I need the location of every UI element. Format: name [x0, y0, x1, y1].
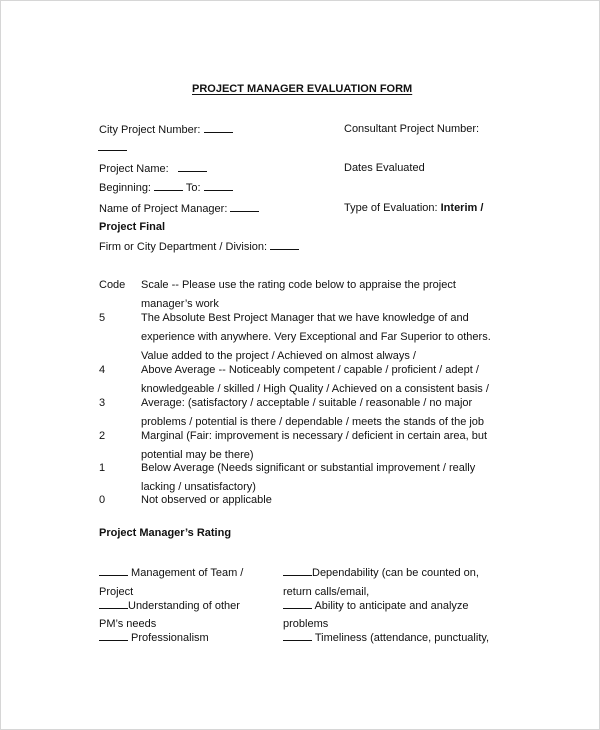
code-4: 4: [99, 364, 105, 377]
code-3-desc-1: Average: (satisfactory / acceptable / su…: [141, 397, 472, 410]
firm-department-blank[interactable]: [270, 240, 299, 250]
beginning-field: Beginning: To:: [99, 181, 233, 195]
rating-label-anticipate-cont: problems: [283, 618, 328, 631]
project-name-field: Project Name:: [99, 162, 207, 176]
project-name-blank[interactable]: [178, 162, 207, 172]
rating-label-understanding: Understanding of other: [128, 600, 240, 612]
scale-header: Scale -- Please use the rating code belo…: [141, 279, 456, 292]
code-4-desc-2: knowledgeable / skilled / High Quality /…: [141, 383, 489, 396]
rating-blank-dependability[interactable]: [283, 566, 312, 576]
type-of-evaluation-field: Type of Evaluation: Interim /: [344, 202, 483, 215]
code-1-desc-2: lacking / unsatisfactory): [141, 481, 256, 494]
form-title: PROJECT MANAGER EVALUATION FORM: [192, 83, 412, 96]
rating-blank-timeliness[interactable]: [283, 631, 312, 641]
document-page: PROJECT MANAGER EVALUATION FORM City Pro…: [0, 0, 600, 730]
rating-label-anticipate: Ability to anticipate and analyze: [312, 600, 469, 612]
rating-item-dependability: Dependability (can be counted on,: [283, 566, 479, 580]
firm-department-label: Firm or City Department / Division:: [99, 241, 267, 253]
city-project-number-blank[interactable]: [204, 123, 233, 133]
pm-name-blank[interactable]: [230, 202, 259, 212]
pm-name-label: Name of Project Manager:: [99, 203, 227, 215]
rating-blank-anticipate[interactable]: [283, 599, 312, 609]
beginning-label: Beginning:: [99, 182, 151, 194]
to-blank[interactable]: [204, 181, 233, 191]
code-2-desc-1: Marginal (Fair: improvement is necessary…: [141, 430, 487, 443]
rating-blank-professionalism[interactable]: [99, 631, 128, 641]
code-1-desc-1: Below Average (Needs significant or subs…: [141, 462, 475, 475]
city-project-number-field: City Project Number:: [99, 123, 233, 137]
code-5-desc-2: experience with anywhere. Very Exception…: [141, 331, 491, 344]
rating-item-timeliness: Timeliness (attendance, punctuality,: [283, 631, 489, 645]
to-label: To:: [186, 182, 201, 194]
rating-item-anticipate: Ability to anticipate and analyze: [283, 599, 469, 613]
code-3-desc-2: problems / potential is there / dependab…: [141, 416, 484, 429]
rating-item-management-of-team: Management of Team /: [99, 566, 243, 580]
code-header: Code: [99, 279, 125, 292]
rating-label-understanding-cont: PM’s needs: [99, 618, 156, 631]
code-4-desc-1: Above Average -- Noticeably competent / …: [141, 364, 479, 377]
rating-item-understanding: Understanding of other: [99, 599, 240, 613]
rating-label-dependability: Dependability (can be counted on,: [312, 567, 479, 579]
code-0: 0: [99, 494, 105, 507]
type-final-option: Project Final: [99, 221, 165, 234]
rating-label-professionalism: Professionalism: [128, 632, 209, 644]
rating-blank-understanding[interactable]: [99, 599, 128, 609]
project-name-label: Project Name:: [99, 163, 169, 175]
rating-item-professionalism: Professionalism: [99, 631, 209, 645]
code-5-desc-3: Value added to the project / Achieved on…: [141, 350, 416, 363]
firm-department-field: Firm or City Department / Division:: [99, 240, 299, 254]
code-5-desc-1: The Absolute Best Project Manager that w…: [141, 312, 469, 325]
type-of-evaluation-label: Type of Evaluation:: [344, 202, 438, 214]
code-1: 1: [99, 462, 105, 475]
rating-label-timeliness: Timeliness (attendance, punctuality,: [312, 632, 489, 644]
rating-label-dependability-cont: return calls/email,: [283, 586, 369, 599]
code-2-desc-2: potential may be there): [141, 449, 254, 462]
code-3: 3: [99, 397, 105, 410]
scale-header-cont: manager’s work: [141, 298, 219, 311]
beginning-blank[interactable]: [154, 181, 183, 191]
rating-label-management-of-team-cont: Project: [99, 586, 133, 599]
dates-evaluated-label: Dates Evaluated: [344, 162, 425, 175]
rating-blank-management-of-team[interactable]: [99, 566, 128, 576]
code-0-desc-1: Not observed or applicable: [141, 494, 272, 507]
city-project-number-label: City Project Number:: [99, 124, 200, 136]
pm-name-field: Name of Project Manager:: [99, 202, 259, 216]
rating-heading: Project Manager’s Rating: [99, 527, 231, 540]
code-5: 5: [99, 312, 105, 325]
type-interim-option: Interim /: [441, 202, 484, 214]
code-2: 2: [99, 430, 105, 443]
consultant-project-number-blank[interactable]: [98, 141, 127, 155]
consultant-project-number-label: Consultant Project Number:: [344, 123, 479, 136]
rating-label-management-of-team: Management of Team /: [128, 567, 243, 579]
